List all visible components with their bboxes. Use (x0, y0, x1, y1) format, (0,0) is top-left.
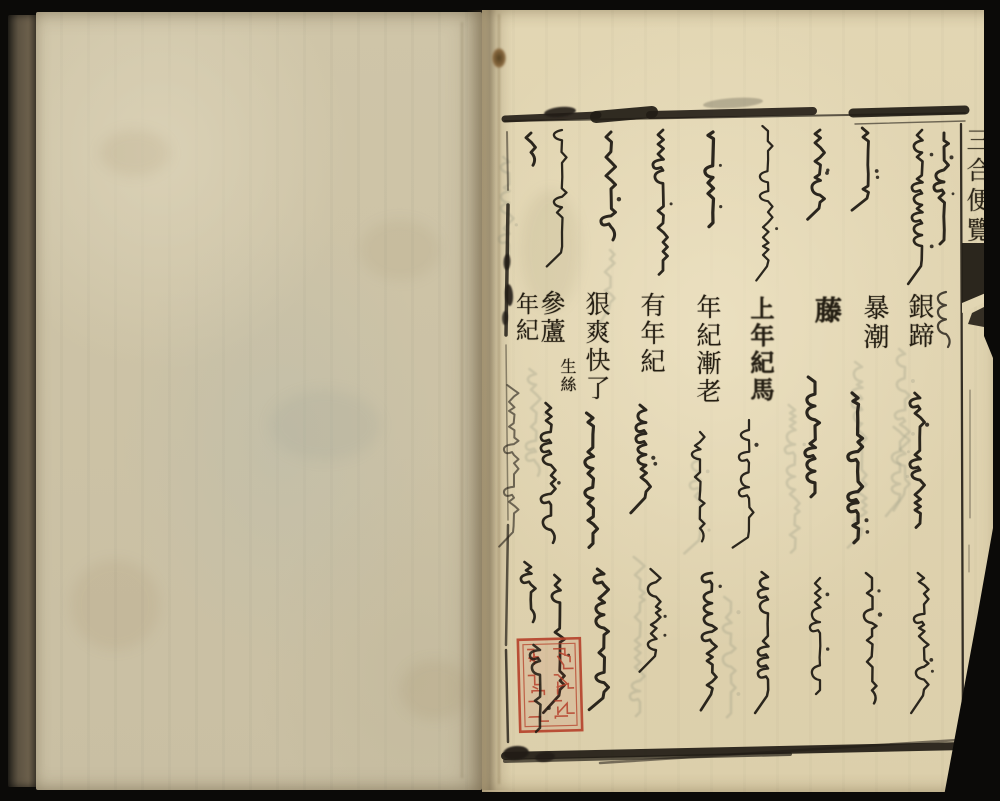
foxing-spot (70, 560, 160, 650)
entry-gloss-hanzi: 狠爽快了 (584, 291, 609, 403)
entry-gloss-hanzi: 生絲 (559, 358, 575, 394)
entry-gloss-hanzi: 有年紀 (639, 292, 664, 376)
photo-background (0, 0, 1000, 10)
entry-gloss-hanzi: 參蘆 (539, 290, 564, 346)
gutter-stitch-hole (492, 48, 506, 68)
page-crease (461, 22, 463, 778)
title-strip-label: 三合便覽 (965, 127, 990, 247)
photo-background (0, 0, 8, 801)
photo-background (0, 792, 1000, 801)
entry-gloss-hanzi: 暴潮 (861, 294, 887, 352)
fold-crease (498, 14, 500, 784)
foxing-spot (360, 220, 440, 280)
entry-gloss-hanzi: 上年紀馬 (748, 296, 772, 404)
entry-gloss-hanzi: 年紀 (513, 292, 536, 344)
foxing-spot (400, 660, 470, 720)
book-scan: 銀蹄 暴潮 藤 上年紀馬 年紀漸老 有年紀 狠爽快了 參蘆 生絲 年紀 三合便覽 (0, 0, 1000, 801)
foxing-spot (100, 130, 170, 176)
printed-recto-page (482, 9, 997, 793)
left-cover-edge (8, 15, 37, 787)
entry-gloss-hanzi: 年紀漸老 (695, 294, 720, 406)
entry-gloss-hanzi: 藤 (812, 296, 839, 326)
entry-gloss-hanzi: 銀蹄 (906, 293, 932, 351)
foxing-spot (270, 390, 380, 460)
book-gutter (466, 10, 512, 790)
